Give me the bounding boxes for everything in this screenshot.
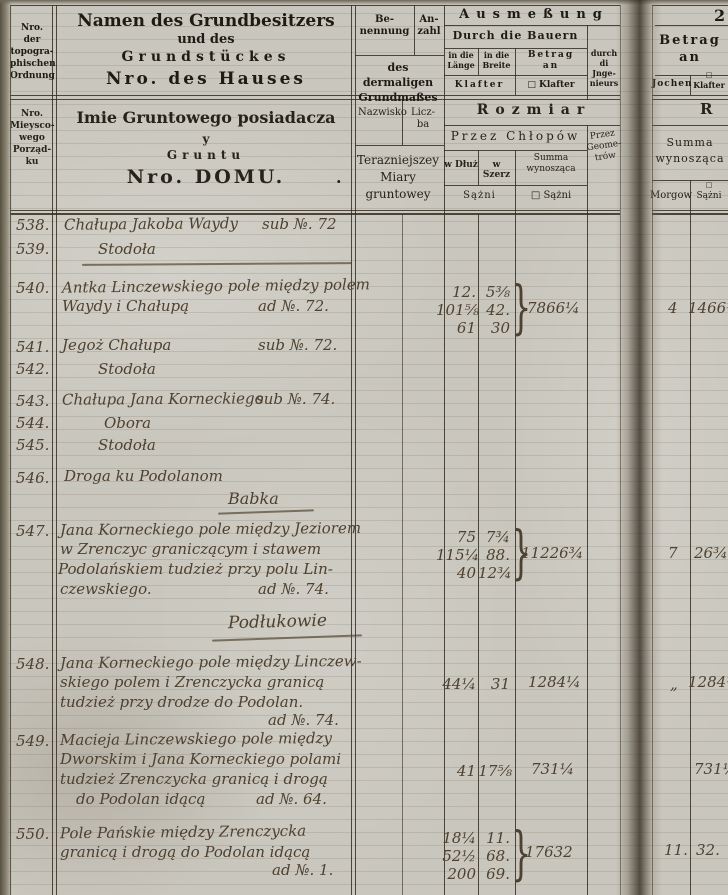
german-owner-header-line3: Grundstückes (60, 49, 352, 65)
nazwisko-header: Nazwisko (358, 107, 402, 118)
anzahl-line: An- (414, 14, 444, 26)
german-nro-line: phischen (10, 58, 54, 70)
row-number: 542. (16, 360, 49, 378)
morgow-value: 11. (664, 841, 688, 859)
sazni-value: 1284¼ (688, 673, 728, 691)
r-german-bottom-a (652, 95, 728, 96)
w-szerz-value: 7¾ (478, 528, 510, 546)
polish-nro-line: Porząd- (10, 144, 54, 156)
r-betrag-topline (655, 25, 728, 26)
sazni-value: 731¼ (694, 760, 728, 778)
right-betrag-line: an (652, 49, 728, 66)
right-rozmiar-partial: R (700, 100, 712, 118)
row-entry-text: Stodoła (98, 240, 156, 258)
row-entry-text: Dworskim i Jana Korneckiego polami (60, 750, 341, 768)
sazni-value: 26¾ (694, 544, 728, 562)
w-dluz-value: 44¼ (436, 675, 476, 693)
polish-nro-line: Mieysco- (10, 120, 54, 132)
dermalig-line: Grundmaßes (352, 90, 444, 105)
dermalig-line: des dermaligen (352, 60, 444, 90)
right-sazni-square: □ (690, 181, 728, 189)
right-klafter-square: □ (690, 70, 728, 79)
ledger-page: Nro. der topogra- phischen Ordnung Namen… (0, 0, 728, 895)
row-entry-text: czewskiego. (60, 580, 152, 598)
summa-line: Summa (515, 153, 587, 164)
names-divider-b (355, 5, 356, 895)
german-nro-line: topogra- (10, 46, 54, 58)
w-szerz-value: 30 (478, 319, 510, 337)
row-house-ref: sub №. 72 (262, 215, 337, 233)
liczba-line: ba (402, 119, 444, 131)
benennung-line: nennung (355, 26, 414, 38)
w-szerz-value: 68. (478, 847, 510, 865)
polish-owner-header-line2: y (60, 132, 352, 146)
handwritten-rule (218, 509, 314, 514)
row-house-ref: ad №. 1. (272, 861, 333, 879)
page-top-edge-shadow (0, 0, 728, 5)
betrag-header: Betrag an (515, 50, 587, 72)
row-entry-text: Obora (104, 414, 151, 432)
rozmiar-underline (444, 125, 620, 126)
przez-geometrow-header: Przez Geome- trów (583, 128, 625, 166)
miary-header: Terazniejszey Miary gruntowey (352, 152, 444, 203)
col1-divider-b (56, 5, 57, 895)
polish-owner-header-line3: Gruntu (60, 148, 352, 162)
polish-header-bottom-a (10, 210, 620, 211)
row-number: 544. (16, 414, 49, 432)
row-house-ref: ad №. 74. (268, 711, 339, 729)
row-entry-text: Waydy i Chałupą (62, 297, 189, 315)
german-nro-line: Ordnung (10, 70, 54, 82)
german-owner-header-line2: und des (60, 32, 352, 47)
row-entry-text: Chałupa Jakoba Waydy (64, 214, 238, 234)
row-entry-text: tudzież Zrenczycka granicą i drogą (60, 770, 328, 788)
klafter-topline (444, 75, 587, 76)
betrag-line: an (515, 61, 587, 72)
right-summa-header: Summa wynosząca (652, 135, 728, 167)
w-szerz-value: 69. (478, 865, 510, 883)
summa-line: wynosząca (515, 164, 587, 175)
anzahl-header: An- zahl (414, 14, 444, 38)
row-entry-text: w Zrenczyc graniczącym i stawem (60, 540, 321, 558)
miary-line: Terazniejszey (352, 152, 444, 169)
polish-nro-column-header: Nro. Mieysco- wego Porząd- ku (10, 108, 54, 168)
row-number: 538. (16, 216, 49, 234)
geometrow-left-divider-b (587, 125, 588, 895)
w-dluz-value: 115¼ (436, 546, 476, 564)
row-number: 543. (16, 392, 49, 410)
row-entry-text: Pole Pańskie między Zrenczycka (60, 822, 306, 843)
summa-value: 7866¼ (527, 299, 580, 317)
right-summa-line: Summa (652, 135, 728, 151)
german-owner-header-line1: Namen des Grundbesitzers (60, 11, 352, 31)
summa-value: 1284¼ (528, 673, 581, 691)
page-corner-mark: 2 (714, 6, 725, 25)
polish-nro-line: Nro. (10, 108, 54, 120)
r-polish-bottom-a (652, 210, 728, 211)
handwritten-rule (212, 634, 362, 641)
ingenieurs-line: durch di (586, 48, 622, 68)
german-nro-line: Nro. (10, 22, 54, 34)
row-entry-text: granicą i drogą do Podolan idącą (60, 843, 310, 861)
polish-owner-dot: · (336, 172, 342, 191)
row-number: 547. (16, 522, 49, 540)
right-summa-line: wynosząca (652, 151, 728, 167)
durch-bauern-header: Durch die Bauern (444, 29, 587, 42)
laenge-line: in die (444, 50, 478, 60)
row-entry-text: Jegoż Chałupa (62, 336, 171, 354)
dermalig-header: des dermaligen Grundmaßes (352, 60, 444, 105)
ingenieurs-line: nieurs (586, 78, 622, 88)
liczba-line: Licz- (402, 107, 444, 119)
row-number: 549. (16, 732, 49, 750)
przez-chlopow-header: Przez Chłopów (444, 129, 587, 143)
summa-value: 17632 (525, 843, 573, 861)
section-heading: Podłukowie (228, 611, 327, 634)
liczba-divider-body (402, 214, 403, 895)
row-entry-text: Chałupa Jana Korneckiego (62, 389, 264, 408)
ingenieurs-header: durch di Jnge- nieurs (586, 48, 622, 88)
sazni-value: 32. (696, 841, 720, 859)
w-dluz-value: 101⅝ (436, 301, 476, 319)
w-dluz-value: 200 (438, 865, 476, 883)
summa-value: 11226¾ (521, 544, 583, 562)
summa-chlopow-header: Summa wynosząca (515, 153, 587, 175)
breite-line: in die (478, 50, 515, 60)
w-szerz-value: 11. (478, 829, 510, 847)
row-entry-text: Jana Korneckiego pole między Linczew- (60, 652, 362, 672)
w-szerz-header: w Szerz (478, 160, 515, 180)
benennung-header: Be- nennung (355, 14, 414, 38)
breite-header: in die Breite (478, 50, 515, 70)
german-header-bottom-b (10, 99, 620, 100)
german-owner-header-line4: Nro. des Hauses (60, 69, 352, 89)
chlopow-underline (444, 150, 587, 151)
miary-line: Miary (352, 169, 444, 186)
row-entry-text: Macieja Linczewskiego pole między (60, 729, 332, 749)
right-betrag-line: Betrag (652, 32, 728, 49)
row-entry-text: Stodoła (98, 360, 156, 378)
miary-line: gruntowey (352, 186, 444, 203)
row-entry-text: do Podolan idącą (76, 790, 205, 808)
ingenieurs-line: Jnge- (586, 68, 622, 78)
row-number: 545. (16, 436, 49, 454)
w-dluz-value: 52½ (438, 847, 476, 865)
german-nro-column-header: Nro. der topogra- phischen Ordnung (10, 22, 54, 82)
polish-nro-line: wego (10, 132, 54, 144)
row-number: 550. (16, 825, 49, 843)
polish-nro-line: ku (10, 156, 54, 168)
breite-line: Breite (478, 60, 515, 70)
q-klafter-header: □ Klafter (515, 80, 587, 90)
laenge-header: in die Länge (444, 50, 478, 70)
row-entry-text: Antka Linczewskiego pole między polem (62, 275, 370, 296)
w-szerz-value: 12¾ (478, 564, 510, 582)
morgow-header: Morgow (650, 190, 690, 201)
anzahl-line: zahl (414, 26, 444, 38)
row-house-ref: sub №. 72. (258, 336, 337, 354)
polish-owner-header-line4: Nro. DOMU. (60, 166, 352, 188)
row-house-ref: ad №. 74. (258, 580, 329, 598)
row-entry-text: skiego polem i Zrenczycka granicą (60, 673, 324, 691)
right-klafter-header: Klafter (690, 80, 728, 90)
ausmessung-header: Ausmeßung (444, 7, 624, 22)
right-betrag-header: Betrag an (652, 32, 728, 66)
sazni-topline (444, 185, 587, 186)
benennung-underline (355, 55, 444, 56)
r-german-bottom-b (652, 99, 728, 100)
w-szerz-value: 5⅜ (478, 283, 510, 301)
klafter-header: Klafter (444, 80, 515, 90)
row-number: 540. (16, 279, 49, 297)
rozmiar-header: Rozmiar (444, 102, 624, 118)
row-number: 546. (16, 469, 49, 487)
r-morgow-sazni-divider (690, 180, 691, 895)
row-number: 548. (16, 655, 49, 673)
w-dluz-value: 40 (440, 564, 476, 582)
row-entry-text: tudzież przy drodze do Podolan. (60, 693, 303, 711)
handwritten-rule (82, 262, 352, 266)
polish-owner-header-line1: Imie Gruntowego posiadacza (60, 108, 352, 127)
w-dluz-value: 75 (440, 528, 476, 546)
bauern-underline (444, 48, 587, 49)
r-polish-bottom-b (652, 213, 728, 215)
row-entry-text: Droga ku Podolanom (64, 467, 223, 485)
laenge-line: Länge (444, 60, 478, 70)
row-number: 541. (16, 338, 49, 356)
morgow-value: „ (670, 675, 678, 693)
ausmessung-underline (444, 25, 620, 26)
row-entry-text: Jana Korneckiego pole między Jeziorem (60, 519, 361, 539)
morgow-value: 7 (668, 544, 678, 562)
row-entry-text: Podolańskiem tudzież przy polu Lin- (58, 560, 333, 578)
w-dluz-value: 12. (440, 283, 476, 301)
w-szerz-value: 17⅝ (478, 762, 512, 780)
summa-value: 731¼ (531, 760, 574, 778)
row-house-ref: ad №. 72. (258, 297, 329, 315)
q-sazni-header: □ Sążni (515, 190, 587, 201)
sazni-header: Sążni (444, 190, 515, 201)
w-szerz-value: 42. (478, 301, 510, 319)
nazwisko-underline (355, 145, 444, 146)
german-nro-line: der (10, 34, 54, 46)
row-entry-text: Stodoła (98, 436, 156, 454)
right-sazni-header: Sążni (690, 191, 728, 201)
german-header-bottom-a (10, 95, 620, 96)
jochen-header: Jochen (652, 79, 690, 89)
border-top (10, 5, 620, 6)
betrag-line: Betrag (515, 50, 587, 61)
place-subheading: Babka (228, 489, 279, 508)
w-dluz-value: 18¼ (438, 829, 476, 847)
w-szerz-value: 88. (478, 546, 510, 564)
sazni-value: 1466¼ (688, 299, 728, 317)
w-dluz-header: w Dłuż (444, 160, 478, 170)
w-szerz-value: 31 (478, 675, 510, 693)
benennung-line: Be- (355, 14, 414, 26)
w-dluz-value: 41 (440, 762, 476, 780)
row-house-ref: sub №. 74. (256, 390, 335, 408)
row-house-ref: ad №. 64. (256, 790, 327, 808)
r-rozmiar-underline (652, 125, 728, 126)
page-left-edge-shadow (0, 0, 12, 895)
row-number: 539. (16, 240, 49, 258)
w-dluz-value: 61 (440, 319, 476, 337)
liczba-header: Licz- ba (402, 107, 444, 131)
morgow-value: 4 (668, 299, 678, 317)
